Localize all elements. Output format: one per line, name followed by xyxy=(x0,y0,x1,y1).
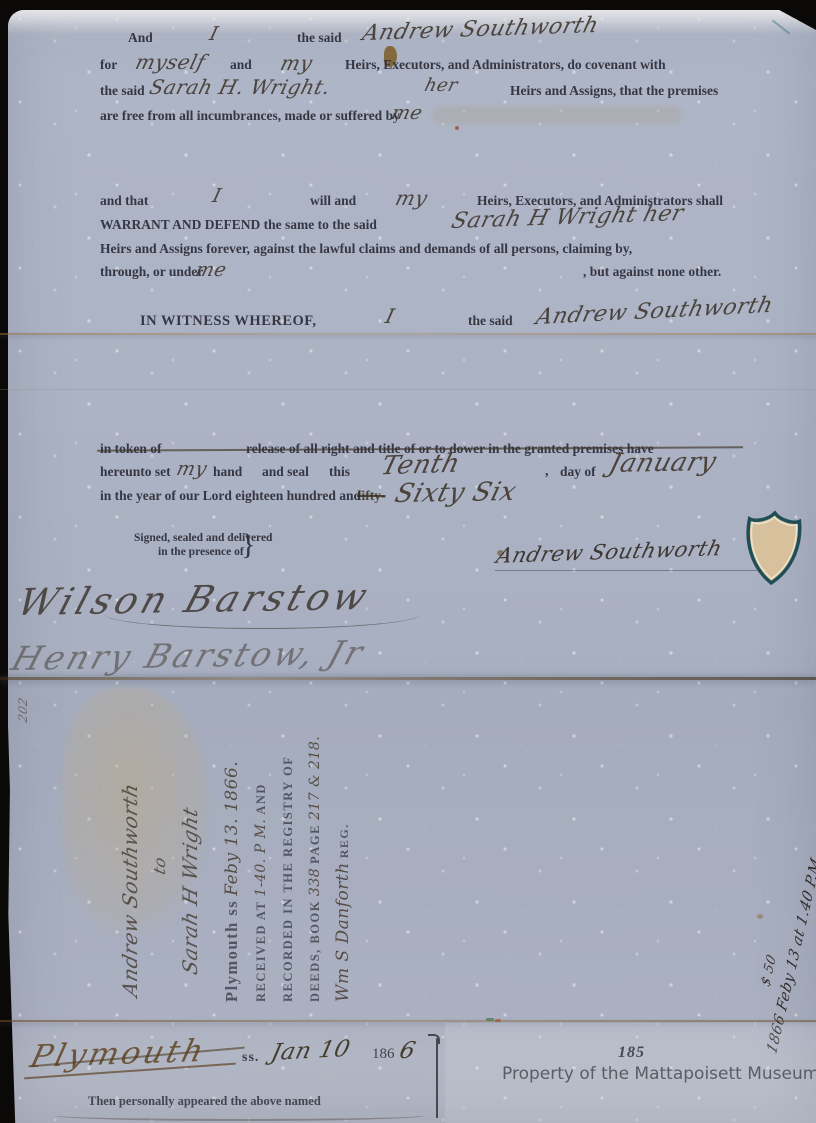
stamp-line-received: RECEIVED AT 1-40. P M. AND xyxy=(252,702,279,1002)
stamp-line-recorded: RECORDED IN THE REGISTRY OF xyxy=(279,702,306,1002)
printed-year: 186 xyxy=(372,1046,395,1063)
endorsement-to: to xyxy=(150,702,178,1002)
stamp-recorded-line: RECORDED IN THE REGISTRY OF xyxy=(281,756,295,1002)
stamp-line-registrar: Wm S Danforth REG. xyxy=(333,702,363,1002)
handwritten-my: my xyxy=(174,458,209,480)
printed-and: And xyxy=(128,30,153,46)
stain-dot-margin xyxy=(757,914,763,919)
printed-appeared: Then personally appeared the above named xyxy=(88,1094,321,1109)
handwritten-me: me xyxy=(193,259,229,281)
printed-and-seal: and seal xyxy=(262,464,309,480)
printed-through: through, or under xyxy=(100,264,203,280)
printed-for: for xyxy=(100,57,117,73)
scanned-deed-document: And I the said Andrew Southworth for mys… xyxy=(0,0,816,1123)
grantee-name: Sarah H. Wright. xyxy=(147,75,333,99)
stamp-and: AND xyxy=(254,783,268,815)
handwritten-her: her xyxy=(422,75,460,96)
ack-bottom-faint-writing xyxy=(55,1110,425,1121)
printed-heirs-assigns: Heirs and Assigns, that the premises xyxy=(510,83,718,99)
ack-date-handwritten: Jan 10 xyxy=(268,1036,352,1066)
printed-and: and xyxy=(230,57,252,73)
printed-none-other: , but against none other. xyxy=(583,264,721,280)
to-word: to xyxy=(150,855,169,877)
stamp-deeds-book: DEEDS, BOOK xyxy=(308,900,322,1002)
witness2-signature: Henry Barstow, Jr xyxy=(7,633,370,678)
watermark-page-number: 185 xyxy=(618,1044,645,1062)
ack-bracket-hook xyxy=(428,1034,440,1044)
printed-this: this xyxy=(329,464,350,480)
watermark-text: Property of the Mattapoisett Museum xyxy=(502,1064,816,1084)
party2-name: Sarah H Wright xyxy=(178,805,202,977)
signature-rule-line xyxy=(495,570,757,571)
shield-seal-icon xyxy=(742,508,804,589)
witness1-flourish xyxy=(105,600,420,629)
brace-glyph: } xyxy=(241,528,255,562)
printed-the-said: the said xyxy=(468,313,513,329)
printed-warrant-defend: WARRANT AND DEFEND the same to the said xyxy=(100,217,377,233)
stamp-time-handwritten: 1-40. P M. xyxy=(253,819,269,897)
handwritten-my: my xyxy=(278,51,315,75)
recording-endorsement-rotated: Andrew Southworth to Sarah H Wright Plym… xyxy=(118,702,363,1002)
stamp-page-no: 217 & 218. xyxy=(307,736,323,820)
handwritten-month: January xyxy=(606,447,720,479)
ghost-bleedthrough-smudge xyxy=(432,106,682,124)
printed-ss: ss. xyxy=(242,1050,259,1066)
printed-day-of: day of xyxy=(560,464,596,480)
stamp-received-at: RECEIVED AT xyxy=(254,901,268,1002)
printed-will-and: will and xyxy=(310,193,356,209)
handwritten-myself: myself xyxy=(133,50,208,74)
fold-crease-3 xyxy=(0,1020,816,1022)
printed-heirs-covenant: Heirs, Executors, and Administrators, do… xyxy=(345,57,666,73)
fold-crease-1 xyxy=(0,333,816,335)
ack-vertical-bracket-line xyxy=(436,1038,438,1118)
printed-comma: , xyxy=(545,464,549,480)
stamp-page-word: PAGE xyxy=(308,824,322,864)
ack-county-handwritten: Plymouth xyxy=(27,1033,210,1075)
margin-number: 202 xyxy=(16,696,30,724)
printed-hand: hand xyxy=(213,464,242,480)
printed-in-witness: IN WITNESS WHEREOF, xyxy=(140,313,316,330)
stain-dot-red xyxy=(455,126,459,130)
fee-amount: $ 50 xyxy=(759,952,780,989)
printed-fifty-struck: fifty- xyxy=(357,488,385,504)
endorsement-party1: Andrew Southworth xyxy=(118,702,150,1002)
printed-and-that: and that xyxy=(100,193,148,209)
printed-the-said: the said xyxy=(297,30,342,46)
printed-free-line: are free from all incumbrances, made or … xyxy=(100,108,400,124)
stamp-date-handwritten: Feby 13. 1866. xyxy=(222,761,242,896)
stamp-reg: REG. xyxy=(337,823,351,858)
printed-presence: in the presence of xyxy=(158,546,244,558)
printed-year-line: in the year of our Lord eighteen hundred… xyxy=(100,488,361,504)
printed-forever-line: Heirs and Assigns forever, against the l… xyxy=(100,241,632,257)
handwritten-my: my xyxy=(393,186,430,210)
handwritten-me: me xyxy=(389,102,425,124)
handwritten-day-word: Tenth xyxy=(378,449,463,482)
fold-crease-2 xyxy=(0,677,816,680)
party1-name: Andrew Southworth xyxy=(118,780,142,999)
registrar-signature: Wm S Danforth xyxy=(333,862,353,1002)
stamp-line-county: Plymouth ss Feby 13. 1866. xyxy=(222,702,252,1002)
printed-the-said: the said xyxy=(100,83,145,99)
fold-crease-faint xyxy=(0,389,816,390)
printed-hereunto: hereunto set xyxy=(100,464,171,480)
stamp-county-ss: Plymouth ss xyxy=(222,900,241,1002)
left-margin-number-rotated: 202 xyxy=(14,698,32,722)
endorsement-party2: Sarah H Wright xyxy=(178,702,212,1002)
stamp-line-book-page: DEEDS, BOOK 338 PAGE 217 & 218. xyxy=(306,702,333,1002)
handwritten-sixty-six: Sixty Six xyxy=(392,477,520,509)
stamp-book-no: 338 xyxy=(307,868,323,896)
